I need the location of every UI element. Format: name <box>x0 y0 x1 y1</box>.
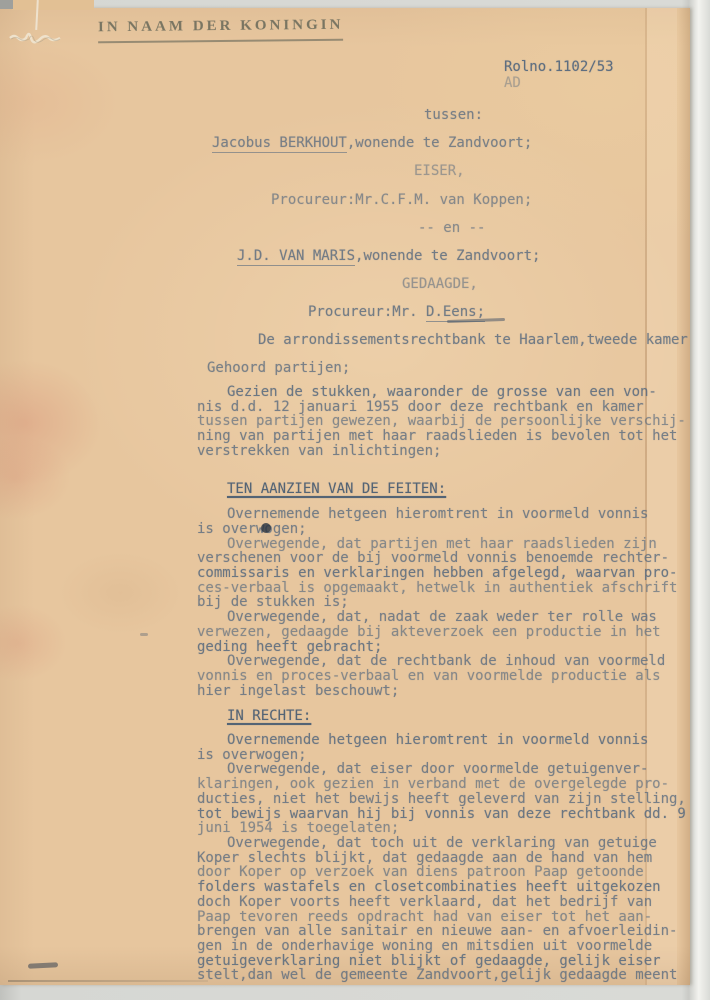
document-body: Gezien de stukken, waaronder de grosse v… <box>197 385 709 983</box>
plaintiff-line: Jacobus BERKHOUT,wonende te Zandvoort; <box>212 136 532 151</box>
body-line: Overwegende, dat de rechtbank de inhoud … <box>197 654 709 669</box>
defendant-procureur-label: Procureur:Mr. <box>308 304 426 320</box>
body-line: tussen partijen gewezen, waarbij de pers… <box>197 414 709 429</box>
body-line: ducties, niet het bewijs heeft geleverd … <box>197 792 709 807</box>
body-line: bij de stukken is; <box>197 595 709 610</box>
scanned-page: IN NAAM DER KONINGIN Rolno.1102/53 AD tu… <box>0 0 710 1000</box>
body-line: Overnemende hetgeen hieromtrent in voorm… <box>197 507 709 522</box>
body-line: klaringen, ook gezien in verband met de … <box>197 777 709 792</box>
scan-corner <box>0 0 13 9</box>
defendant-procureur: Procureur:Mr. D.Eens; <box>308 305 485 320</box>
plaintiff-procureur: Procureur:Mr.C.F.M. van Koppen; <box>271 193 532 208</box>
body-line: verwezen, gedaagde bij akteverzoek een p… <box>197 625 709 640</box>
section-heading: TEN AANZIEN VAN DE FEITEN: <box>197 482 446 497</box>
body-line: juni 1954 is toegelaten; <box>197 821 709 836</box>
plaintiff-name: Jacobus BERKHOUT <box>212 135 347 153</box>
body-line: ning van partijen met haar raadslieden i… <box>197 429 709 444</box>
body-line: vonnis en proces-verbaal en van voormeld… <box>197 669 709 684</box>
bottom-smudge <box>8 980 208 982</box>
defendant-name: J.D. VAN MARIS <box>237 248 355 266</box>
body-line: verschenen voor de bij voormeld vonnis b… <box>197 551 709 566</box>
heard-parties-line: Gehoord partijen; <box>207 361 350 376</box>
defendant-line: J.D. VAN MARIS,wonende te Zandvoort; <box>237 249 540 264</box>
body-line: Overnemende hetgeen hieromtrent in voorm… <box>197 733 709 748</box>
plaintiff-residence: ,wonende te Zandvoort; <box>347 135 532 151</box>
defendant-role: GEDAAGDE, <box>402 277 478 292</box>
plaintiff-role: EISER, <box>414 164 465 179</box>
body-line: hier ingelast beschouwt; <box>197 684 709 699</box>
body-line: is overwogen; <box>197 522 709 537</box>
body-line: Paap tevoren reeds opdracht had van eise… <box>197 910 709 925</box>
case-reference: Rolno.1102/53 <box>504 60 614 75</box>
body-line: brengen van alle sanitair en nieuwe aan-… <box>197 924 709 939</box>
body-line: verstrekken van inlichtingen; <box>197 444 709 459</box>
paper-top-notch <box>12 0 94 10</box>
pencil-squiggle <box>8 26 62 46</box>
body-line: stelt,dan wel de gemeente Zandvoort,geli… <box>197 968 709 983</box>
ink-blot <box>261 523 271 533</box>
section-heading: IN RECHTE: <box>197 709 311 724</box>
court-line: De arrondissementsrechtbank te Haarlem,t… <box>258 333 688 348</box>
body-line: Overwegende, dat, nadat de zaak weder te… <box>197 610 709 625</box>
body-line: Gezien de stukken, waaronder de grosse v… <box>197 385 709 400</box>
body-line: door Koper op verzoek van diens patroon … <box>197 865 709 880</box>
royal-stamp: IN NAAM DER KONINGIN <box>98 17 344 44</box>
body-line: Overwegende, dat toch uit de verklaring … <box>197 836 709 851</box>
parties-separator: -- en -- <box>418 221 485 236</box>
body-line: doch Koper voorts heeft verklaard, dat h… <box>197 895 709 910</box>
body-line: Overwegende, dat eiser door voormelde ge… <box>197 762 709 777</box>
body-line: folders wastafels en closetcombinaties h… <box>197 880 709 895</box>
small-mark <box>140 633 148 636</box>
body-line: gen in de onderhavige woning en mitsdien… <box>197 939 709 954</box>
body-line: commissaris en verklaringen hebben afgel… <box>197 566 709 581</box>
clerk-initials: AD <box>504 76 521 91</box>
defendant-residence: ,wonende te Zandvoort; <box>355 248 540 264</box>
between-label: tussen: <box>424 108 483 123</box>
